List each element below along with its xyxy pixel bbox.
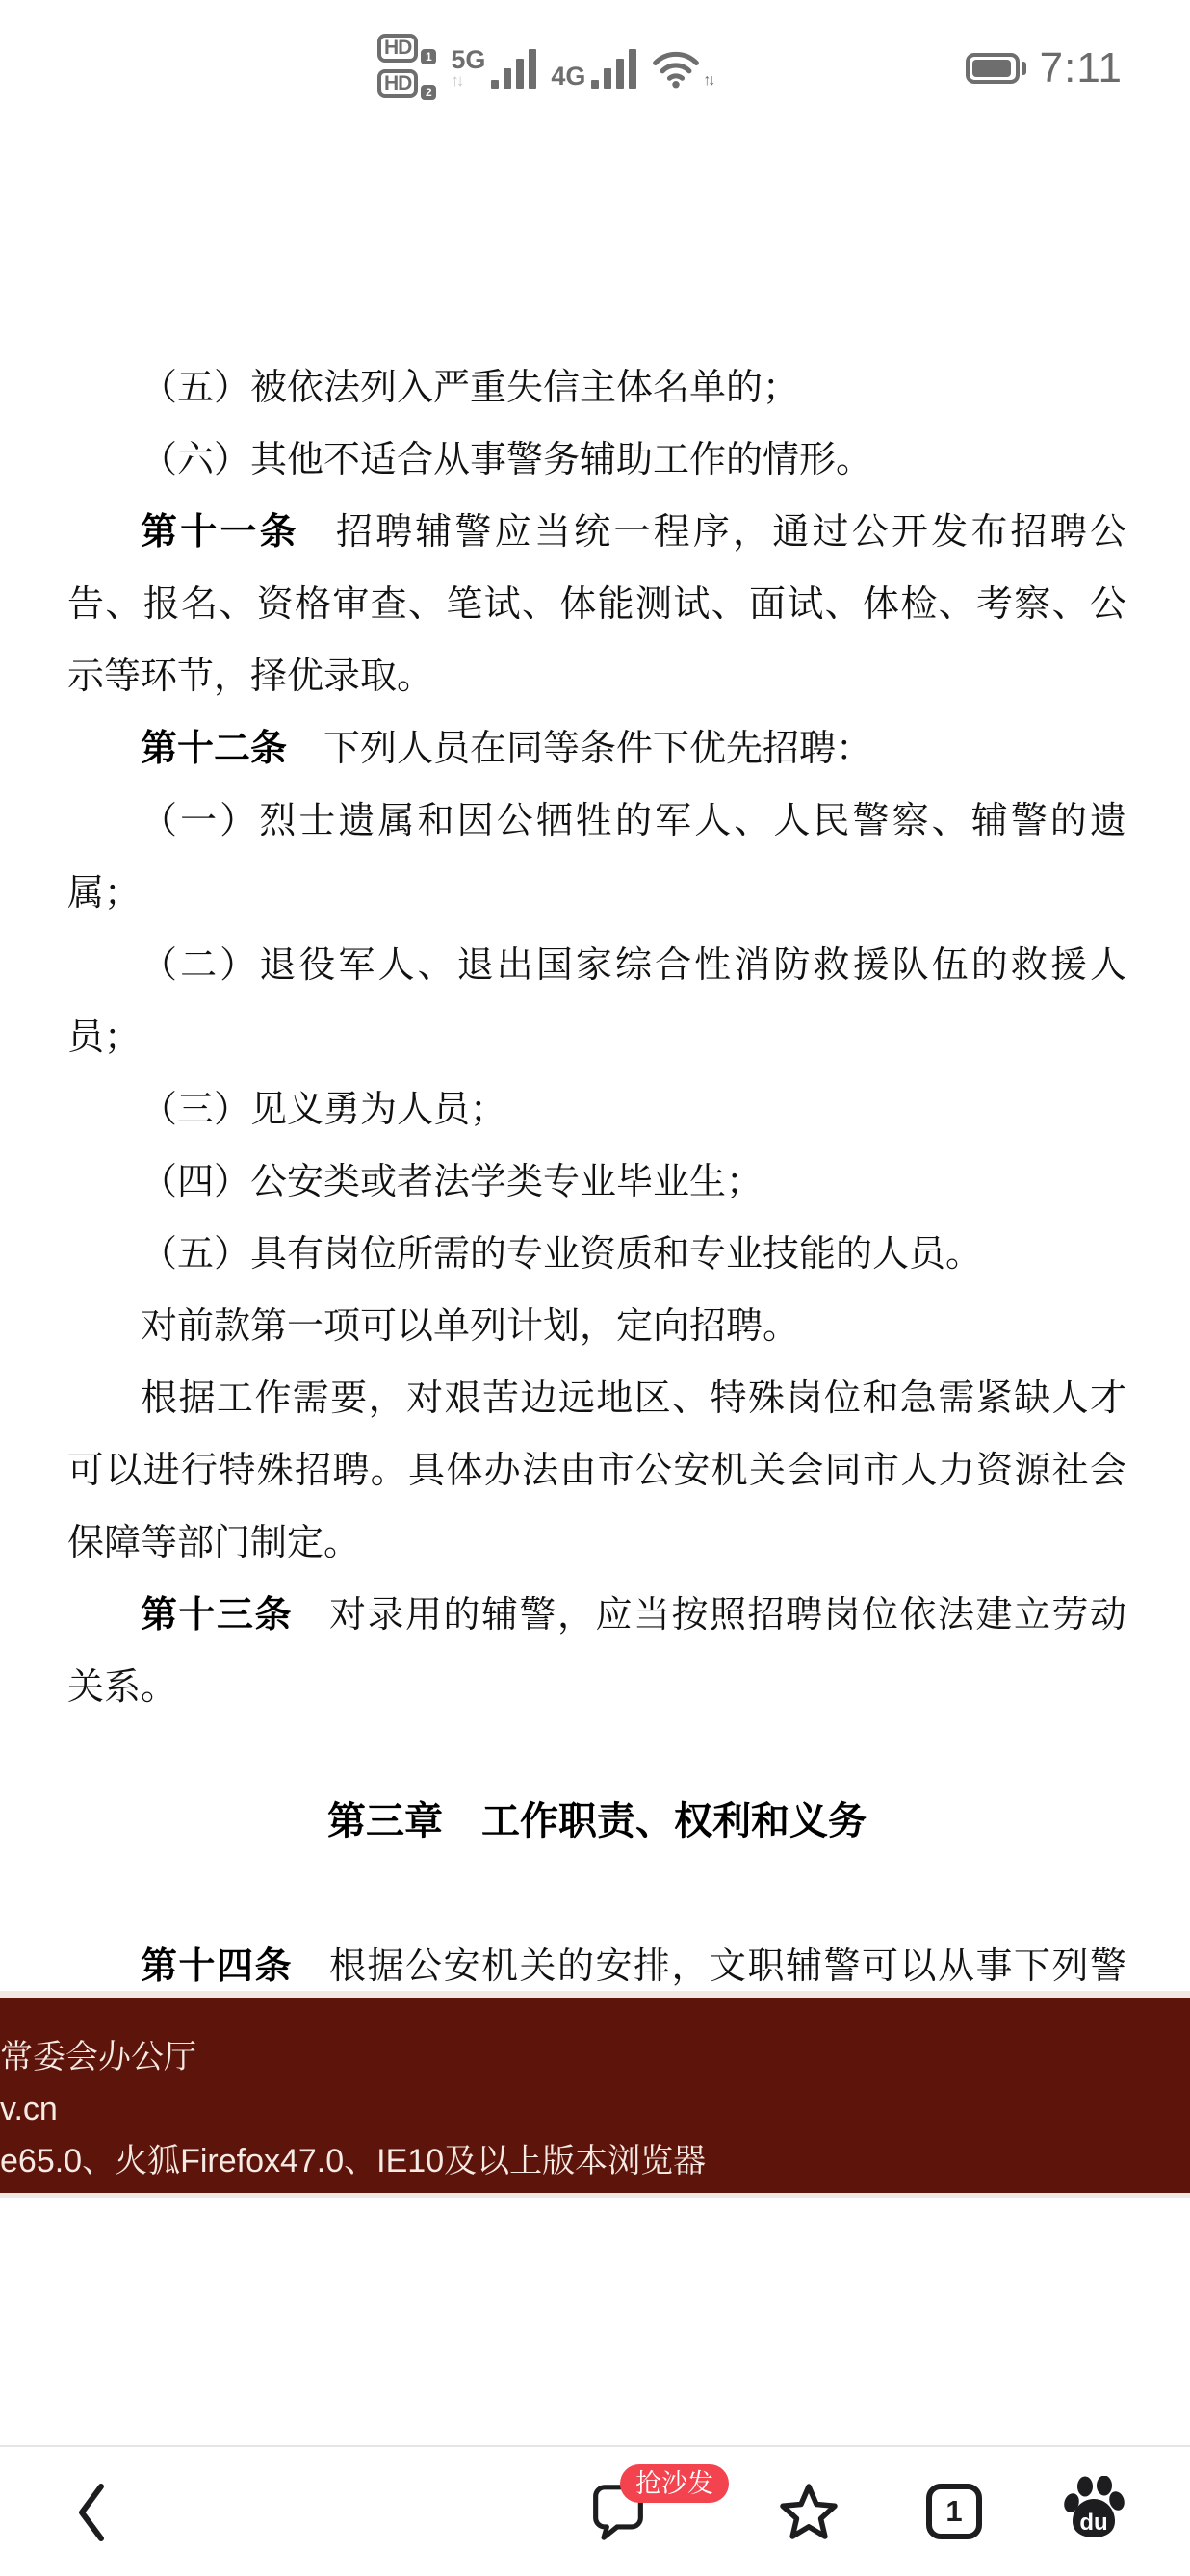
document-page: （五）被依法列入严重失信主体名单的； （六）其他不适合从事警务辅助工作的情形。 … [67,352,1126,2173]
status-bar: HD 1 HD 2 5G ↑↓ [0,0,1190,125]
tab-count-icon: 1 [945,2494,962,2529]
article-paragraph: 第十一条招聘辅警应当统一程序，通过公开发布招聘公告、报名、资格审查、笔试、体能测… [67,497,1126,713]
hd-sim-1-icon: HD 1 [377,34,436,63]
paragraph: （二）退役军人、退出国家综合性消防救援队伍的救援人员； [67,930,1126,1074]
footer-bottom-strip [0,2193,1190,2198]
article-label: 第十二条 [141,729,287,769]
document-body: （五）被依法列入严重失信主体名单的； （六）其他不适合从事警务辅助工作的情形。 … [67,352,1126,2075]
paragraph: （三）见义勇为人员； [67,1074,1126,1146]
phone-screen: HD 1 HD 2 5G ↑↓ [0,0,1190,2576]
status-left-cluster: HD 1 HD 2 5G ↑↓ [377,33,712,98]
baidu-home-button[interactable]: du [1063,2476,1125,2546]
article-paragraph: 第十二条下列人员在同等条件下优先招聘： [67,713,1126,786]
signal-5g-icon: 5G ↑↓ [451,47,536,89]
clock: 7:11 [1040,44,1123,92]
network-4g-label: 4G [551,64,585,89]
back-icon [73,2482,108,2543]
footer-top-strip [0,1991,1190,1998]
browser-toolbar: 抢沙发 1 du [0,2445,1190,2576]
status-right-cluster: 7:11 [966,44,1123,92]
favorite-button[interactable] [778,2482,840,2546]
paragraph: （六）其他不适合从事警务辅助工作的情形。 [67,425,1126,497]
hd-sim-2-icon: HD 2 [377,69,436,98]
footer-lines: 常委会办公厅v.cne65.0、火狐Firefox47.0、IE10及以上版本浏… [0,1998,1190,2187]
paragraph: 根据工作需要，对艰苦边远地区、特殊岗位和急需紧缺人才可以进行特殊招聘。具体办法由… [67,1363,1126,1580]
baidu-paw-icon: du [1063,2476,1125,2541]
footer-line: v.cn [0,2083,1190,2135]
chapter-heading: 第三章 工作职责、权利和义务 [67,1786,1126,1858]
network-5g-label: 5G [451,47,485,72]
paragraph: （一）烈士遗属和因公牺牲的军人、人民警察、辅警的遗属； [67,786,1126,930]
signal-bars [491,49,536,89]
battery-icon [966,53,1026,84]
article-label: 第十一条 [141,512,299,553]
paragraph: 对前款第一项可以单列计划，定向招聘。 [67,1291,1126,1363]
sim1-index: 1 [421,49,436,64]
star-icon [778,2482,840,2541]
wifi-data-arrows-icon: ↑↓ [703,73,712,89]
signal-bars [591,49,636,89]
article-label: 第十三条 [141,1595,293,1636]
wifi-icon: ↑↓ [651,48,712,89]
article-label: 第十四条 [141,1946,293,1987]
comment-badge[interactable]: 抢沙发 [620,2464,729,2503]
site-footer: 常委会办公厅v.cne65.0、火狐Firefox47.0、IE10及以上版本浏… [0,1998,1190,2193]
back-button[interactable] [73,2482,108,2548]
tabs-button[interactable]: 1 [926,2484,982,2539]
article-paragraph: 第十三条对录用的辅警，应当按照招聘岗位依法建立劳动关系。 [67,1580,1126,1724]
paragraph: （四）公安类或者法学类专业毕业生； [67,1146,1126,1219]
hd-label: HD [377,34,418,63]
footer-line: 常委会办公厅 [0,2031,1190,2083]
sim2-index: 2 [421,85,436,100]
paragraph: （五）具有岗位所需的专业资质和专业技能的人员。 [67,1219,1126,1291]
data-arrows-icon: ↑↓ [451,72,461,89]
hd-sim-cluster: HD 1 HD 2 [377,34,436,98]
footer-line: e65.0、火狐Firefox47.0、IE10及以上版本浏览器 [0,2135,1190,2187]
paragraph: （五）被依法列入严重失信主体名单的； [67,352,1126,425]
signal-4g-icon: 4G [551,49,636,89]
hd-label: HD [377,69,418,98]
svg-text:du: du [1079,2510,1107,2536]
